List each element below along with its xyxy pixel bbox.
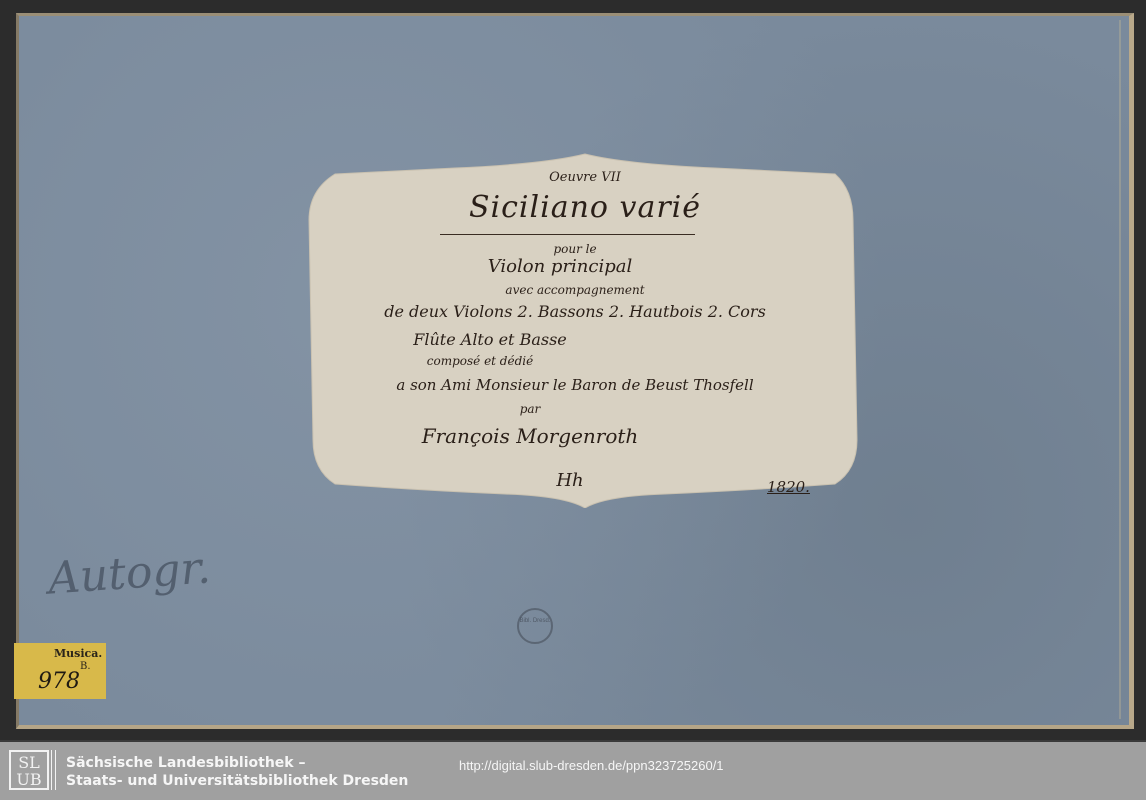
library-name-line-2: Staats- und Universitätsbibliothek Dresd… bbox=[66, 772, 408, 790]
logo-bars bbox=[51, 750, 56, 790]
ensemble: de deux Violons 2. Bassons 2. Hautbois 2… bbox=[295, 302, 855, 321]
permalink-url[interactable]: http://digital.slub-dresden.de/ppn323725… bbox=[459, 758, 724, 773]
stamp-text: Bibl. Dresd. bbox=[519, 618, 551, 625]
text-par: par bbox=[250, 402, 810, 416]
call-collection: Musica. bbox=[54, 647, 102, 660]
year: 1820. bbox=[767, 478, 810, 496]
instrument: Violon principal bbox=[280, 256, 840, 277]
library-name-line-1: Sächsische Landesbibliothek – bbox=[66, 754, 408, 772]
dedication: a son Ami Monsieur le Baron de Beust Tho… bbox=[295, 376, 855, 394]
library-name: Sächsische Landesbibliothek – Staats- un… bbox=[66, 754, 408, 790]
work-title: Siciliano varié bbox=[305, 190, 865, 225]
title-label: Oeuvre VII Siciliano varié pour le Violo… bbox=[305, 150, 865, 508]
logo-line-2: UB bbox=[11, 771, 47, 788]
composer-name: François Morgenroth bbox=[250, 424, 810, 448]
call-number: 978 bbox=[38, 669, 80, 694]
slub-logo: SL UB bbox=[9, 750, 49, 790]
text-pour: pour le bbox=[295, 242, 855, 256]
monogram-mark: Hh bbox=[290, 470, 850, 491]
text-compose: composé et dédié bbox=[200, 354, 760, 368]
library-stamp: Bibl. Dresd. bbox=[517, 608, 553, 644]
call-number-label: Musica. B. 978 bbox=[14, 643, 106, 699]
title-underline bbox=[440, 234, 695, 235]
opus-number: Oeuvre VII bbox=[305, 170, 865, 185]
text-avec: avec accompagnement bbox=[295, 283, 855, 297]
call-class: B. bbox=[80, 661, 91, 672]
document-viewer: Oeuvre VII Siciliano varié pour le Violo… bbox=[0, 0, 1146, 740]
footer-bar: SL UB Sächsische Landesbibliothek – Staa… bbox=[0, 740, 1146, 800]
ensemble-2: Flûte Alto et Basse bbox=[210, 330, 770, 349]
logo-line-1: SL bbox=[11, 754, 47, 771]
cover-edge bbox=[1119, 20, 1121, 719]
